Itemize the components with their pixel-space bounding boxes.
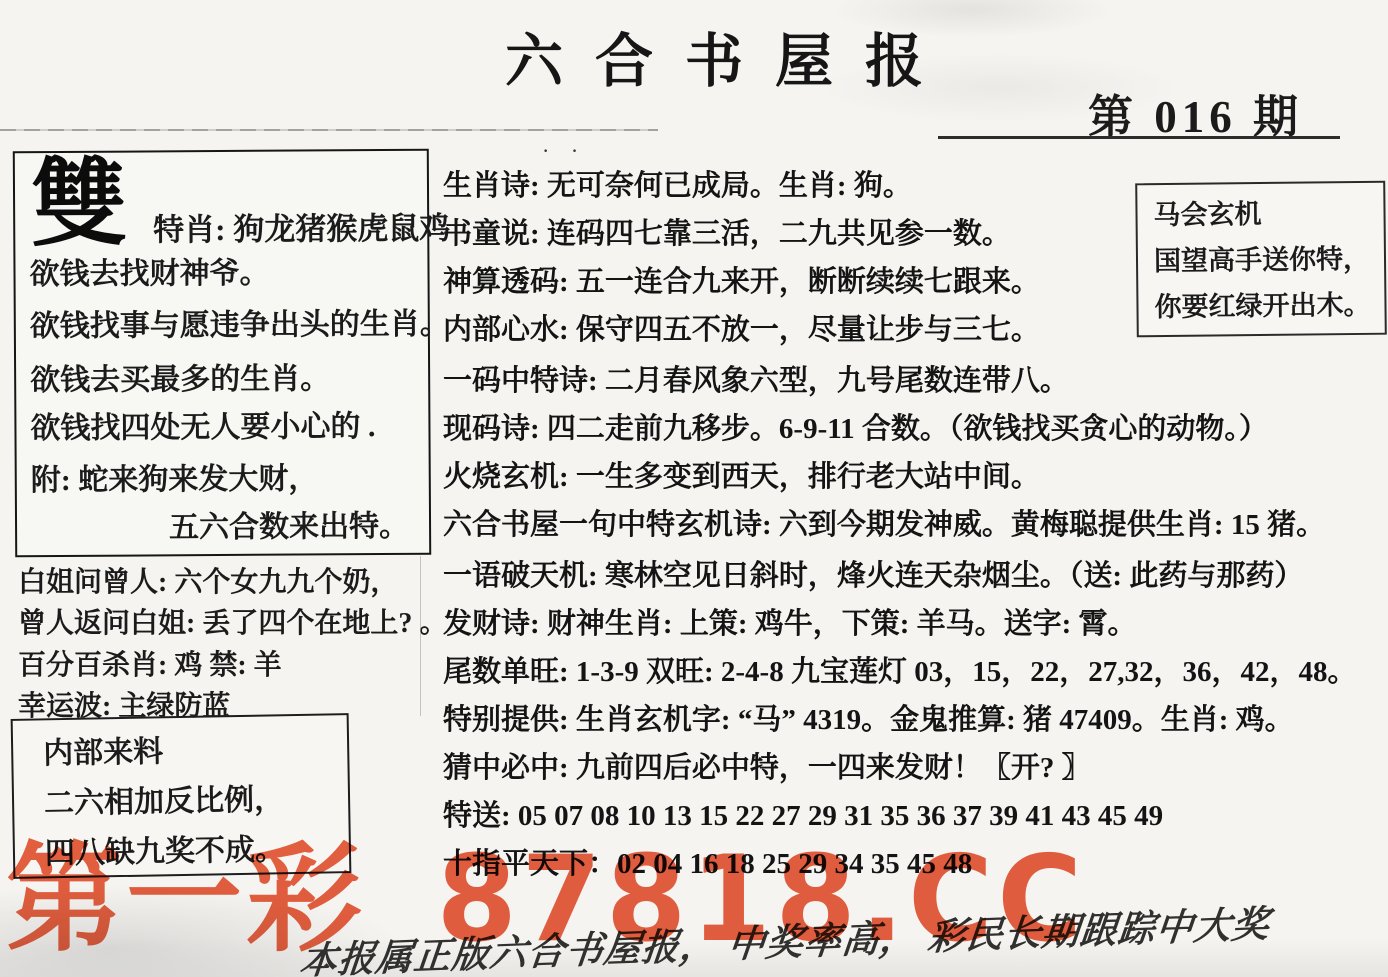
prediction-line: 内部心水: 保守四五不放一，尽量让步与三七。 <box>443 307 1040 348</box>
mystery-line: 马会玄机 <box>1153 192 1261 232</box>
prediction-line: 神算透码: 五一连合九来开，断断续续七跟来。 <box>443 259 1040 300</box>
red-watermark: 第一彩 87818.CC <box>6 841 1086 959</box>
prediction-line: 猜中必中: 九前四后必中特，一四来发财！〖开? 〗 <box>443 745 1091 786</box>
note-line: 曾人返问白姐: 丢了四个在地上? 。 <box>18 601 447 641</box>
prediction-line: 特别提供: 生肖玄机字: “马” 4319。金鬼推算: 猪 47409。生肖: … <box>443 697 1294 738</box>
horse-club-mystery-box: 马会玄机 国望高手送你特， 你要红绿开出木。 <box>1135 181 1387 338</box>
header-rule-left <box>0 129 658 131</box>
internal-line: 二六相加反比例， <box>44 774 285 822</box>
mystery-line: 国望高手送你特， <box>1154 237 1370 278</box>
prediction-line: 六合书屋一句中特玄机诗: 六到今期发神威。黄梅聪提供生肖: 15 猪。 <box>443 502 1325 543</box>
column-divider <box>420 556 421 716</box>
prediction-line: 书童说: 连码四七靠三活，二九共见参一数。 <box>443 211 1011 252</box>
header-rule-right <box>938 136 1340 139</box>
scan-dots-artifact: · · <box>542 138 586 164</box>
special-zodiac-headline: 特肖: 狗龙猪猴虎鼠鸡 <box>153 203 450 250</box>
scanned-newspaper-page: 六合书屋报 第 016 期 · · 雙 特肖: 狗龙猪猴虎鼠鸡 欲钱去找财神爷。… <box>0 0 1388 977</box>
prediction-line: 现码诗: 四二走前九移步。6-9-11 合数。（欲钱找买贪心的动物。） <box>443 406 1268 447</box>
prediction-line: 尾数单旺: 1-3-9 双旺: 2-4-8 九宝莲灯 03，15，22，27,3… <box>443 649 1356 690</box>
prediction-line: 发财诗: 财神生肖: 上策: 鸡牛，下策: 羊马。送字: 霄。 <box>443 601 1137 642</box>
special-line: 五六合数来出特。 <box>169 501 409 546</box>
prediction-line: 生肖诗: 无可奈何已成局。生肖: 狗。 <box>443 163 912 204</box>
special-line: 欲钱找四处无人要小心的 . <box>30 401 375 447</box>
special-line: 附: 蛇来狗来发大财， <box>31 453 319 499</box>
note-line: 白姐问曾人: 六个女九九个奶， <box>18 560 398 600</box>
prediction-line: 火烧玄机: 一生多变到西天，排行老大站中间。 <box>443 454 1040 495</box>
prediction-line: 一码中特诗: 二月春风象六型，九号尾数连带八。 <box>443 358 1069 399</box>
internal-line: 内部来料 <box>43 726 164 772</box>
newspaper-title: 六合书屋报 <box>410 14 1050 98</box>
special-line: 欲钱找事与愿违争出头的生肖。 <box>30 299 450 346</box>
big-character: 雙 <box>31 157 128 254</box>
special-zodiac-box: 雙 特肖: 狗龙猪猴虎鼠鸡 欲钱去找财神爷。 欲钱找事与愿违争出头的生肖。 欲钱… <box>13 149 431 558</box>
note-line: 百分百杀肖: 鸡 禁: 羊 <box>18 643 282 683</box>
prediction-line: 特送: 05 07 08 10 13 15 22 27 29 31 35 36 … <box>443 793 1163 834</box>
mystery-line: 你要红绿开出木。 <box>1154 283 1370 324</box>
prediction-line: 一语破天机: 寒林空见日斜时，烽火连天杂烟尘。（送: 此药与那药） <box>443 553 1303 594</box>
special-line: 欲钱去买最多的生肖。 <box>30 353 330 399</box>
special-line: 欲钱去找财神爷。 <box>29 248 269 293</box>
